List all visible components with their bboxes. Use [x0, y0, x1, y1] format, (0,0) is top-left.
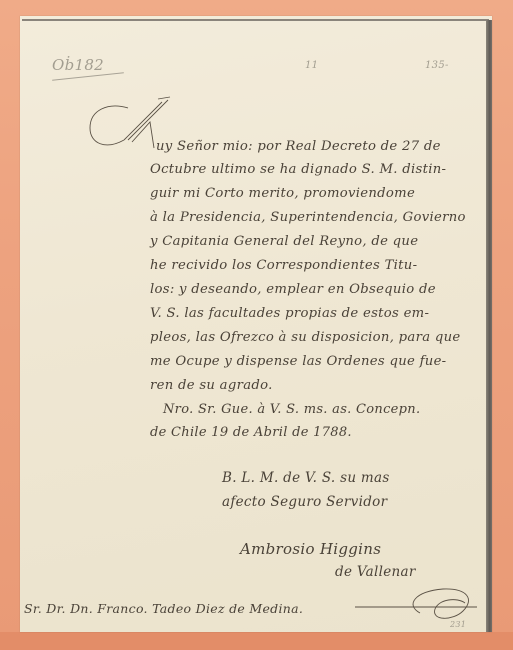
- folio-mark-center: 11: [305, 60, 318, 71]
- closing-place-line: Nro. Sr. Gue. à V. S. ms. as. Concepn.: [163, 402, 420, 417]
- backing-bottom-band: [0, 632, 513, 650]
- signature-title: de Vallenar: [335, 564, 416, 580]
- body-line-9: pleos, las Ofrezco à su disposicion, par…: [150, 330, 460, 345]
- folio-mark-right: 135-: [425, 60, 449, 71]
- paper-top-edge: [22, 19, 489, 21]
- body-line-10: me Ocupe y dispense las Ordenes que fue-: [150, 354, 446, 369]
- paper-right-edge-shadow: [486, 20, 492, 632]
- closing-date-line: de Chile 19 de Abril de 1788.: [150, 425, 352, 440]
- signature-rubric-icon: [335, 585, 485, 625]
- decorative-initial-m-icon: [88, 96, 178, 166]
- salutation-line-2: afecto Seguro Servidor: [222, 494, 387, 510]
- body-line-5: y Capitania General del Reyno, de que: [150, 234, 418, 249]
- salutation-line-1: B. L. M. de V. S. su mas: [222, 470, 390, 486]
- corner-mark: 231: [450, 620, 466, 629]
- body-line-1: uy Señor mio: por Real Decreto de 27 de: [156, 139, 441, 154]
- archive-number: Oḃ182: [52, 56, 104, 74]
- addressee-line: Sr. Dr. Dn. Franco. Tadeo Diez de Medina…: [24, 601, 303, 616]
- body-line-2: Octubre ultimo se ha dignado S. M. disti…: [150, 162, 446, 177]
- body-line-7: los: y deseando, emplear en Obsequio de: [150, 282, 436, 297]
- signature-name: Ambrosio Higgins: [240, 540, 381, 558]
- body-line-11: ren de su agrado.: [150, 378, 273, 393]
- body-line-8: V. S. las facultades propias de estos em…: [150, 306, 429, 321]
- body-line-3: guir mi Corto merito, promoviendome: [150, 186, 415, 201]
- body-line-4: à la Presidencia, Superintendencia, Govi…: [150, 210, 466, 225]
- body-line-6: he recivido los Correspondientes Titu-: [150, 258, 417, 273]
